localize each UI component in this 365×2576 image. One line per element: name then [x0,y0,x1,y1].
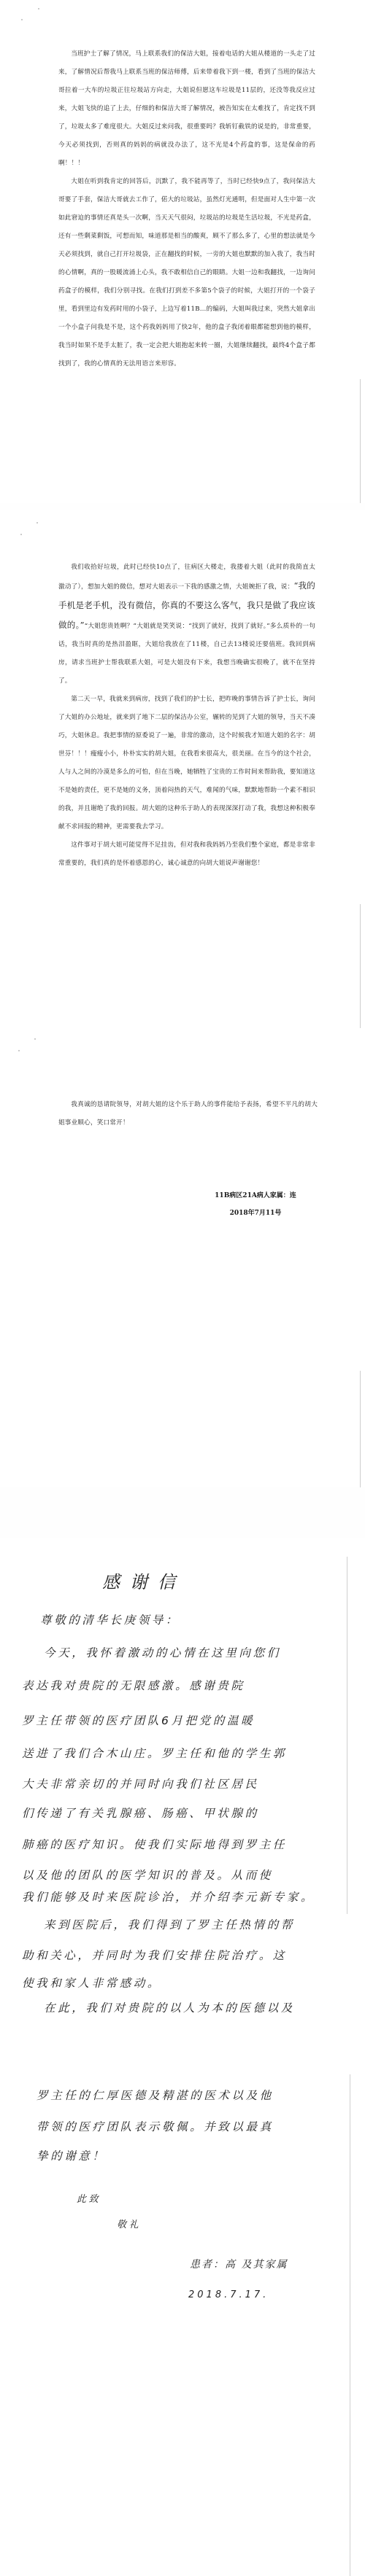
paragraph: 这件事对于胡大姐可能觉得不足挂齿，但对我和我妈妈乃至我们整个家庭，都是非常非常重… [58,836,315,873]
patient-signature: 患者：高 及其家属 [190,2257,365,2271]
sender-signature: 11B病区21A病人家属：连 [197,1187,314,1205]
handwritten-line: 以及他的团队的医学知识的普及。从而使 [22,1867,343,1883]
handwritten-line: 带领的医疗团队表示敬佩。并致以最真 [36,2118,358,2134]
handwritten-line: 送进了我们合木山庄。罗主任和他的学生郭 [22,1745,343,1761]
handwritten-line: 们传递了有关乳腺癌、肠癌、甲状腺的 [22,1805,343,1821]
handwritten-line: 大夫非常亲切的并同时向我们社区居民 [22,1775,343,1791]
scan-speck [21,19,23,20]
letter-date: 2018年7月11号 [197,1205,314,1222]
scan-speck [36,522,38,524]
typed-page3-body: 我真诚的恳请院领导，对胡大姐的这个乐于助人的事件能给予表扬，希望不平凡的胡大姐事… [58,1096,318,1132]
handwritten-line: 挚的谢意！ [36,2147,358,2163]
typed-page2-body: 我们收拾好垃圾，此时已经快10点了，往病区大楼走，我搂着大姐（此时的我简直太激动… [58,559,315,873]
narrative-text: “大姐您贵姓啊？”大姐就是笑笑说：“找到了就好，找到了就好。”多么质朴的一句话，… [58,623,315,685]
page-edge [360,379,361,503]
handwritten-line: 我们能够及时来医院诊治，并介绍李元新专家。 [22,1888,343,1904]
salutation: 尊敬的清华长庚领导： [40,1611,361,1627]
closing-salutation: 此致 [77,2191,365,2205]
scan-speck [18,1050,20,1051]
page-edge [360,1371,361,1487]
typed-letter-page-3: 我真诚的恳请院领导，对胡大姐的这个乐于助人的事件能给予表扬，希望不平凡的胡大姐事… [0,1035,365,1487]
letter-title: 感谢信 [102,1568,185,1593]
paragraph: 大姐在听到我肯定的回答后，沉默了，我不能再等了，当时已经快9点了，我问保洁大哥要… [58,173,315,373]
handwritten-line: 今天，我怀着激动的心情在这里向您们 [44,1644,365,1660]
closing-regards: 敬礼 [117,2217,365,2230]
paragraph: 第二天一早，我就来到病房，找到了我们的护士长，把昨晚的事情告诉了护士长，询问了大… [58,690,315,836]
page-edge [360,904,361,1028]
page-edge [347,1557,347,1914]
typed-letter-page-1: 当班护士了解了情况，马上联系我们的保洁大姐，接着电话的大姐从楼道的一头走了过来，… [0,0,365,503]
handwritten-letter-page: 感谢信 尊敬的清华长庚领导： 今天，我怀着激动的心情在这里向您们 表达我对贵院的… [0,1538,365,2576]
scanned-document: 当班护士了解了情况，马上联系我们的保洁大姐，接着电话的大姐从楼道的一头走了过来，… [0,0,365,2576]
handwritten-date: 2018.7.17. [188,2289,365,2300]
handwritten-line: 助和关心，并同时为我们安排住院治疗。这 [22,1947,343,1963]
handwritten-line: 使我和家人非常感动。 [22,1974,343,1991]
handwritten-line: 来到医院后，我们得到了罗主任热情的帮 [44,1916,365,1932]
scan-speck [34,1038,36,1040]
typed-signature-block: 11B病区21A病人家属：连 2018年7月11号 [197,1187,314,1222]
paragraph: 当班护士了解了情况，马上联系我们的保洁大姐，接着电话的大姐从楼道的一头走了过来，… [58,45,315,173]
typed-page1-body: 当班护士了解了情况，马上联系我们的保洁大姐，接着电话的大姐从楼道的一头走了过来，… [58,45,315,373]
paragraph: 我真诚的恳请院领导，对胡大姐的这个乐于助人的事件能给予表扬，希望不平凡的胡大姐事… [58,1096,318,1132]
handwritten-line: 在此，我们对贵院的以人为本的医德以及 [44,1999,365,2015]
handwritten-line: 表达我对贵院的无限感激。感谢贵院 [22,1677,343,1693]
narrative-text: 我们收拾好垃圾，此时已经快10点了，往病区大楼走，我搂着大姐（此时的我简直太激动… [58,564,315,591]
paragraph: 我们收拾好垃圾，此时已经快10点了，往病区大楼走，我搂着大姐（此时的我简直太激动… [58,559,315,690]
handwritten-line: 罗主任带领的医疗团队6月把党的温暖 [22,1712,343,1728]
scan-speck [38,8,39,9]
handwritten-line: 罗主任的仁厚医德及精湛的医术以及他 [36,2087,358,2103]
scan-speck [20,534,22,535]
handwritten-line: 肺癌的医疗知识。使我们实际地得到罗主任 [22,1836,343,1852]
